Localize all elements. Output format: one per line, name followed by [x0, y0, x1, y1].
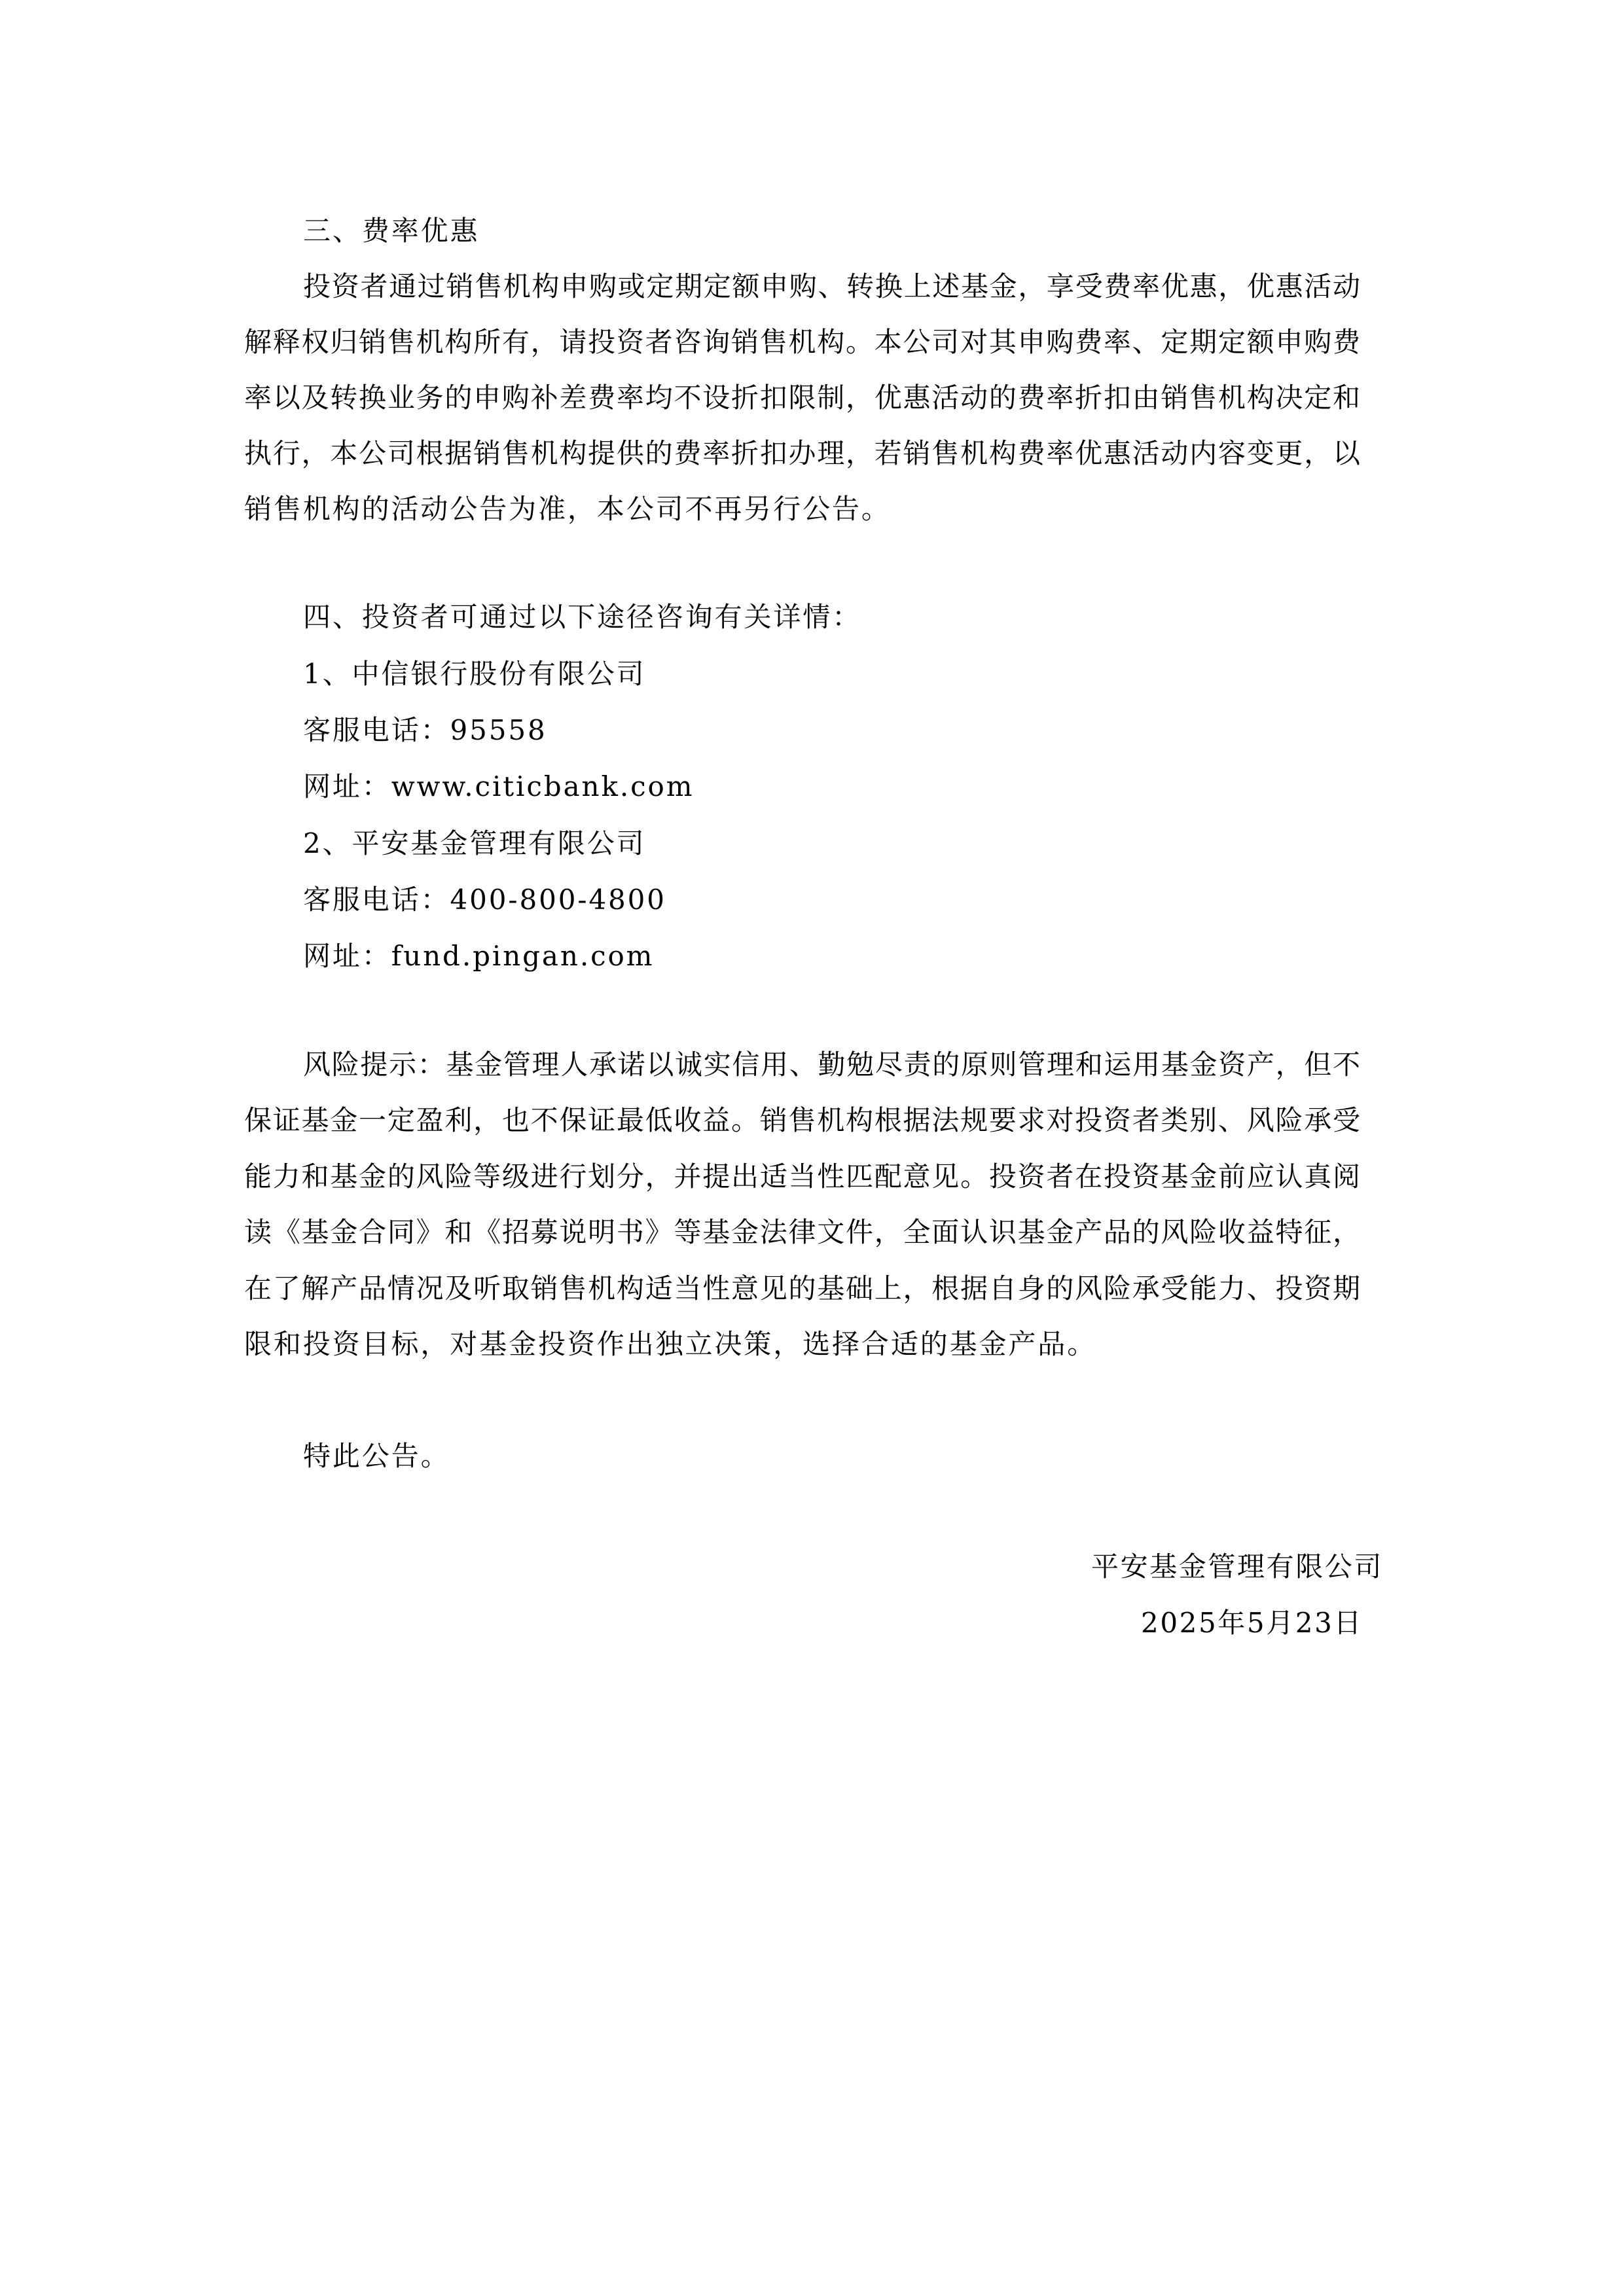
risk-notice-line: 限和投资目标，对基金投资作出独立决策，选择合适的基金产品。 [244, 1329, 1096, 1360]
risk-notice-line: 风险提示：基金管理人承诺以诚实信用、勤勉尽责的原则管理和运用基金资产，但不 [303, 1049, 1360, 1081]
contact-website: 网址：www.citicbank.com [303, 771, 694, 802]
closing-statement: 特此公告。 [303, 1441, 450, 1472]
risk-notice-line: 保证基金一定盈利，也不保证最低收益。销售机构根据法规要求对投资者类别、风险承受 [244, 1105, 1360, 1136]
contact-name: 1、中信银行股份有限公司 [303, 658, 646, 690]
signature-company: 平安基金管理有限公司 [1091, 1551, 1383, 1583]
section3-heading: 三、费率优惠 [303, 215, 479, 247]
contact-phone: 客服电话：95558 [303, 715, 547, 746]
section3-paragraph-line: 投资者通过销售机构申购或定期定额申购、转换上述基金，享受费率优惠，优惠活动 [303, 271, 1360, 302]
section3-paragraph-line: 解释权归销售机构所有，请投资者咨询销售机构。本公司对其申购费率、定期定额申购费 [244, 327, 1360, 358]
document-page: 三、费率优惠 投资者通过销售机构申购或定期定额申购、转换上述基金，享受费率优惠，… [0, 0, 1624, 2296]
risk-notice-line: 读《基金合同》和《招募说明书》等基金法律文件，全面认识基金产品的风险收益特征， [244, 1217, 1360, 1248]
section3-paragraph-line: 执行，本公司根据销售机构提供的费率折扣办理，若销售机构费率优惠活动内容变更，以 [244, 438, 1360, 469]
section3-paragraph-line: 销售机构的活动公告为准，本公司不再另行公告。 [244, 493, 891, 525]
section3-paragraph-line: 率以及转换业务的申购补差费率均不设折扣限制，优惠活动的费率折扣由销售机构决定和 [244, 382, 1360, 414]
contact-website: 网址：fund.pingan.com [303, 941, 654, 972]
section4-heading: 四、投资者可通过以下途径咨询有关详情： [303, 601, 861, 633]
contact-phone: 客服电话：400-800-4800 [303, 884, 666, 916]
risk-notice-line: 在了解产品情况及听取销售机构适当性意见的基础上，根据自身的风险承受能力、投资期 [244, 1273, 1360, 1304]
risk-notice-line: 能力和基金的风险等级进行划分，并提出适当性匹配意见。投资者在投资基金前应认真阅 [244, 1161, 1360, 1193]
contact-name: 2、平安基金管理有限公司 [303, 828, 646, 859]
signature-date: 2025年5月23日 [1141, 1607, 1363, 1639]
